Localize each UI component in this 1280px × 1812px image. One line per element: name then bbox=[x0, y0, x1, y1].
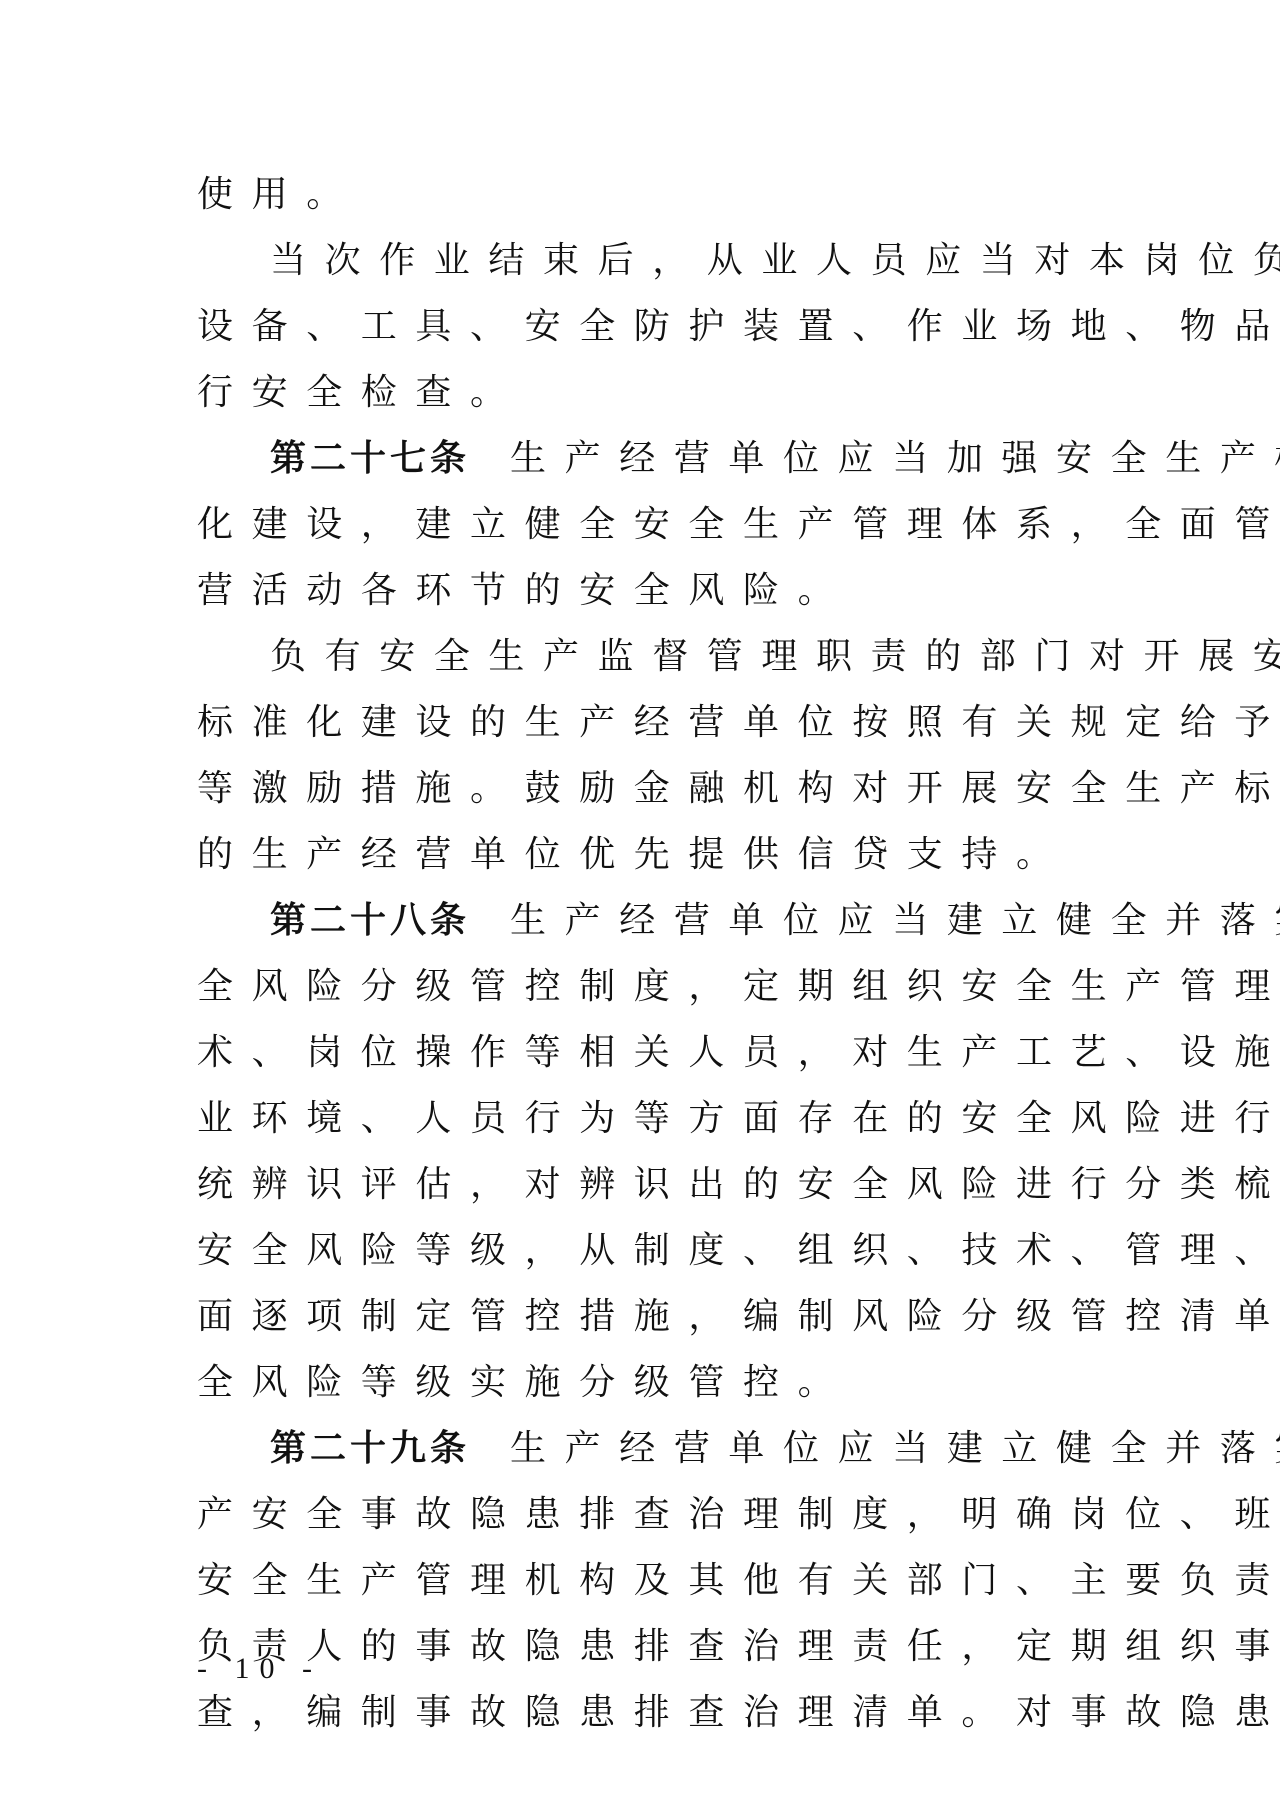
line-text: 使用。 bbox=[197, 174, 361, 215]
line-text: 业环境、人员行为等方面存在的安全风险进行全面、系 bbox=[197, 1098, 1280, 1139]
line-text: 产安全事故隐患排查治理制度，明确岗位、班组、车间、 bbox=[197, 1494, 1280, 1535]
text-line: 化建设，建立健全安全生产管理体系，全面管控生产经 bbox=[197, 492, 1077, 558]
line-text: 安全生产管理机构及其他有关部门、主要负责人和其他 bbox=[197, 1560, 1280, 1601]
line-text: 生产经营单位应当建立健全并落实生 bbox=[510, 1428, 1280, 1469]
text-line: 负有安全生产监督管理职责的部门对开展安全生产 bbox=[197, 624, 1150, 690]
line-text: 设备、工具、安全防护装置、作业场地、物品堆放等进 bbox=[197, 306, 1280, 347]
line-text: 查，编制事故隐患排查治理清单。对事故隐患应当及时 bbox=[197, 1692, 1280, 1733]
article-number: 第二十七条 bbox=[270, 438, 470, 479]
line-text: 营活动各环节的安全风险。 bbox=[197, 570, 852, 611]
line-text: 行安全检查。 bbox=[197, 372, 525, 413]
line-text: 等激励措施。鼓励金融机构对开展安全生产标准化建设 bbox=[197, 768, 1280, 809]
article-heading-line: 第二十八条生产经营单位应当建立健全并落实安 bbox=[197, 888, 1150, 954]
text-line: 全风险等级实施分级管控。 bbox=[197, 1350, 1077, 1416]
text-line: 标准化建设的生产经营单位按照有关规定给予评先选优 bbox=[197, 690, 1077, 756]
text-line: 统辨识评估，对辨识出的安全风险进行分类梳理，确定 bbox=[197, 1152, 1077, 1218]
document-page: 使用。当次作业结束后，从业人员应当对本岗位负责的设施设备、工具、安全防护装置、作… bbox=[0, 0, 1280, 1812]
line-text: 标准化建设的生产经营单位按照有关规定给予评先选优 bbox=[197, 702, 1280, 743]
line-text: 全风险分级管控制度，定期组织安全生产管理、工程技 bbox=[197, 966, 1280, 1007]
text-line: 安全风险等级，从制度、组织、技术、管理、应急等方 bbox=[197, 1218, 1077, 1284]
page-number: - 10 - bbox=[197, 1652, 322, 1686]
text-line: 负责人的事故隐患排查治理责任，定期组织事故隐患排 bbox=[197, 1614, 1077, 1680]
line-text: 负有安全生产监督管理职责的部门对开展安全生产 bbox=[270, 636, 1280, 677]
line-text: 负责人的事故隐患排查治理责任，定期组织事故隐患排 bbox=[197, 1626, 1280, 1667]
text-line: 业环境、人员行为等方面存在的安全风险进行全面、系 bbox=[197, 1086, 1077, 1152]
text-line: 行安全检查。 bbox=[197, 360, 1077, 426]
text-line: 术、岗位操作等相关人员，对生产工艺、设施设备、作 bbox=[197, 1020, 1077, 1086]
text-line: 全风险分级管控制度，定期组织安全生产管理、工程技 bbox=[197, 954, 1077, 1020]
text-line: 使用。 bbox=[197, 162, 1077, 228]
line-text: 面逐项制定管控措施，编制风险分级管控清单，按照安 bbox=[197, 1296, 1280, 1337]
article-number: 第二十八条 bbox=[270, 900, 470, 941]
line-text: 生产经营单位应当建立健全并落实安 bbox=[510, 900, 1280, 941]
article-number: 第二十九条 bbox=[270, 1428, 470, 1469]
article-heading-line: 第二十七条生产经营单位应当加强安全生产标准 bbox=[197, 426, 1150, 492]
text-line: 等激励措施。鼓励金融机构对开展安全生产标准化建设 bbox=[197, 756, 1077, 822]
article-heading-line: 第二十九条生产经营单位应当建立健全并落实生 bbox=[197, 1416, 1150, 1482]
text-line: 安全生产管理机构及其他有关部门、主要负责人和其他 bbox=[197, 1548, 1077, 1614]
text-line: 营活动各环节的安全风险。 bbox=[197, 558, 1077, 624]
text-line: 的生产经营单位优先提供信贷支持。 bbox=[197, 822, 1077, 888]
line-text: 的生产经营单位优先提供信贷支持。 bbox=[197, 834, 1071, 875]
line-text: 当次作业结束后，从业人员应当对本岗位负责的设施 bbox=[270, 240, 1280, 281]
line-text: 生产经营单位应当加强安全生产标准 bbox=[510, 438, 1280, 479]
line-text: 全风险等级实施分级管控。 bbox=[197, 1362, 852, 1403]
text-line: 面逐项制定管控措施，编制风险分级管控清单，按照安 bbox=[197, 1284, 1077, 1350]
text-line: 当次作业结束后，从业人员应当对本岗位负责的设施 bbox=[197, 228, 1150, 294]
text-line: 设备、工具、安全防护装置、作业场地、物品堆放等进 bbox=[197, 294, 1077, 360]
line-text: 术、岗位操作等相关人员，对生产工艺、设施设备、作 bbox=[197, 1032, 1280, 1073]
line-text: 安全风险等级，从制度、组织、技术、管理、应急等方 bbox=[197, 1230, 1280, 1271]
line-text: 统辨识评估，对辨识出的安全风险进行分类梳理，确定 bbox=[197, 1164, 1280, 1205]
line-text: 化建设，建立健全安全生产管理体系，全面管控生产经 bbox=[197, 504, 1280, 545]
text-line: 查，编制事故隐患排查治理清单。对事故隐患应当及时 bbox=[197, 1680, 1077, 1746]
text-line: 产安全事故隐患排查治理制度，明确岗位、班组、车间、 bbox=[197, 1482, 1077, 1548]
